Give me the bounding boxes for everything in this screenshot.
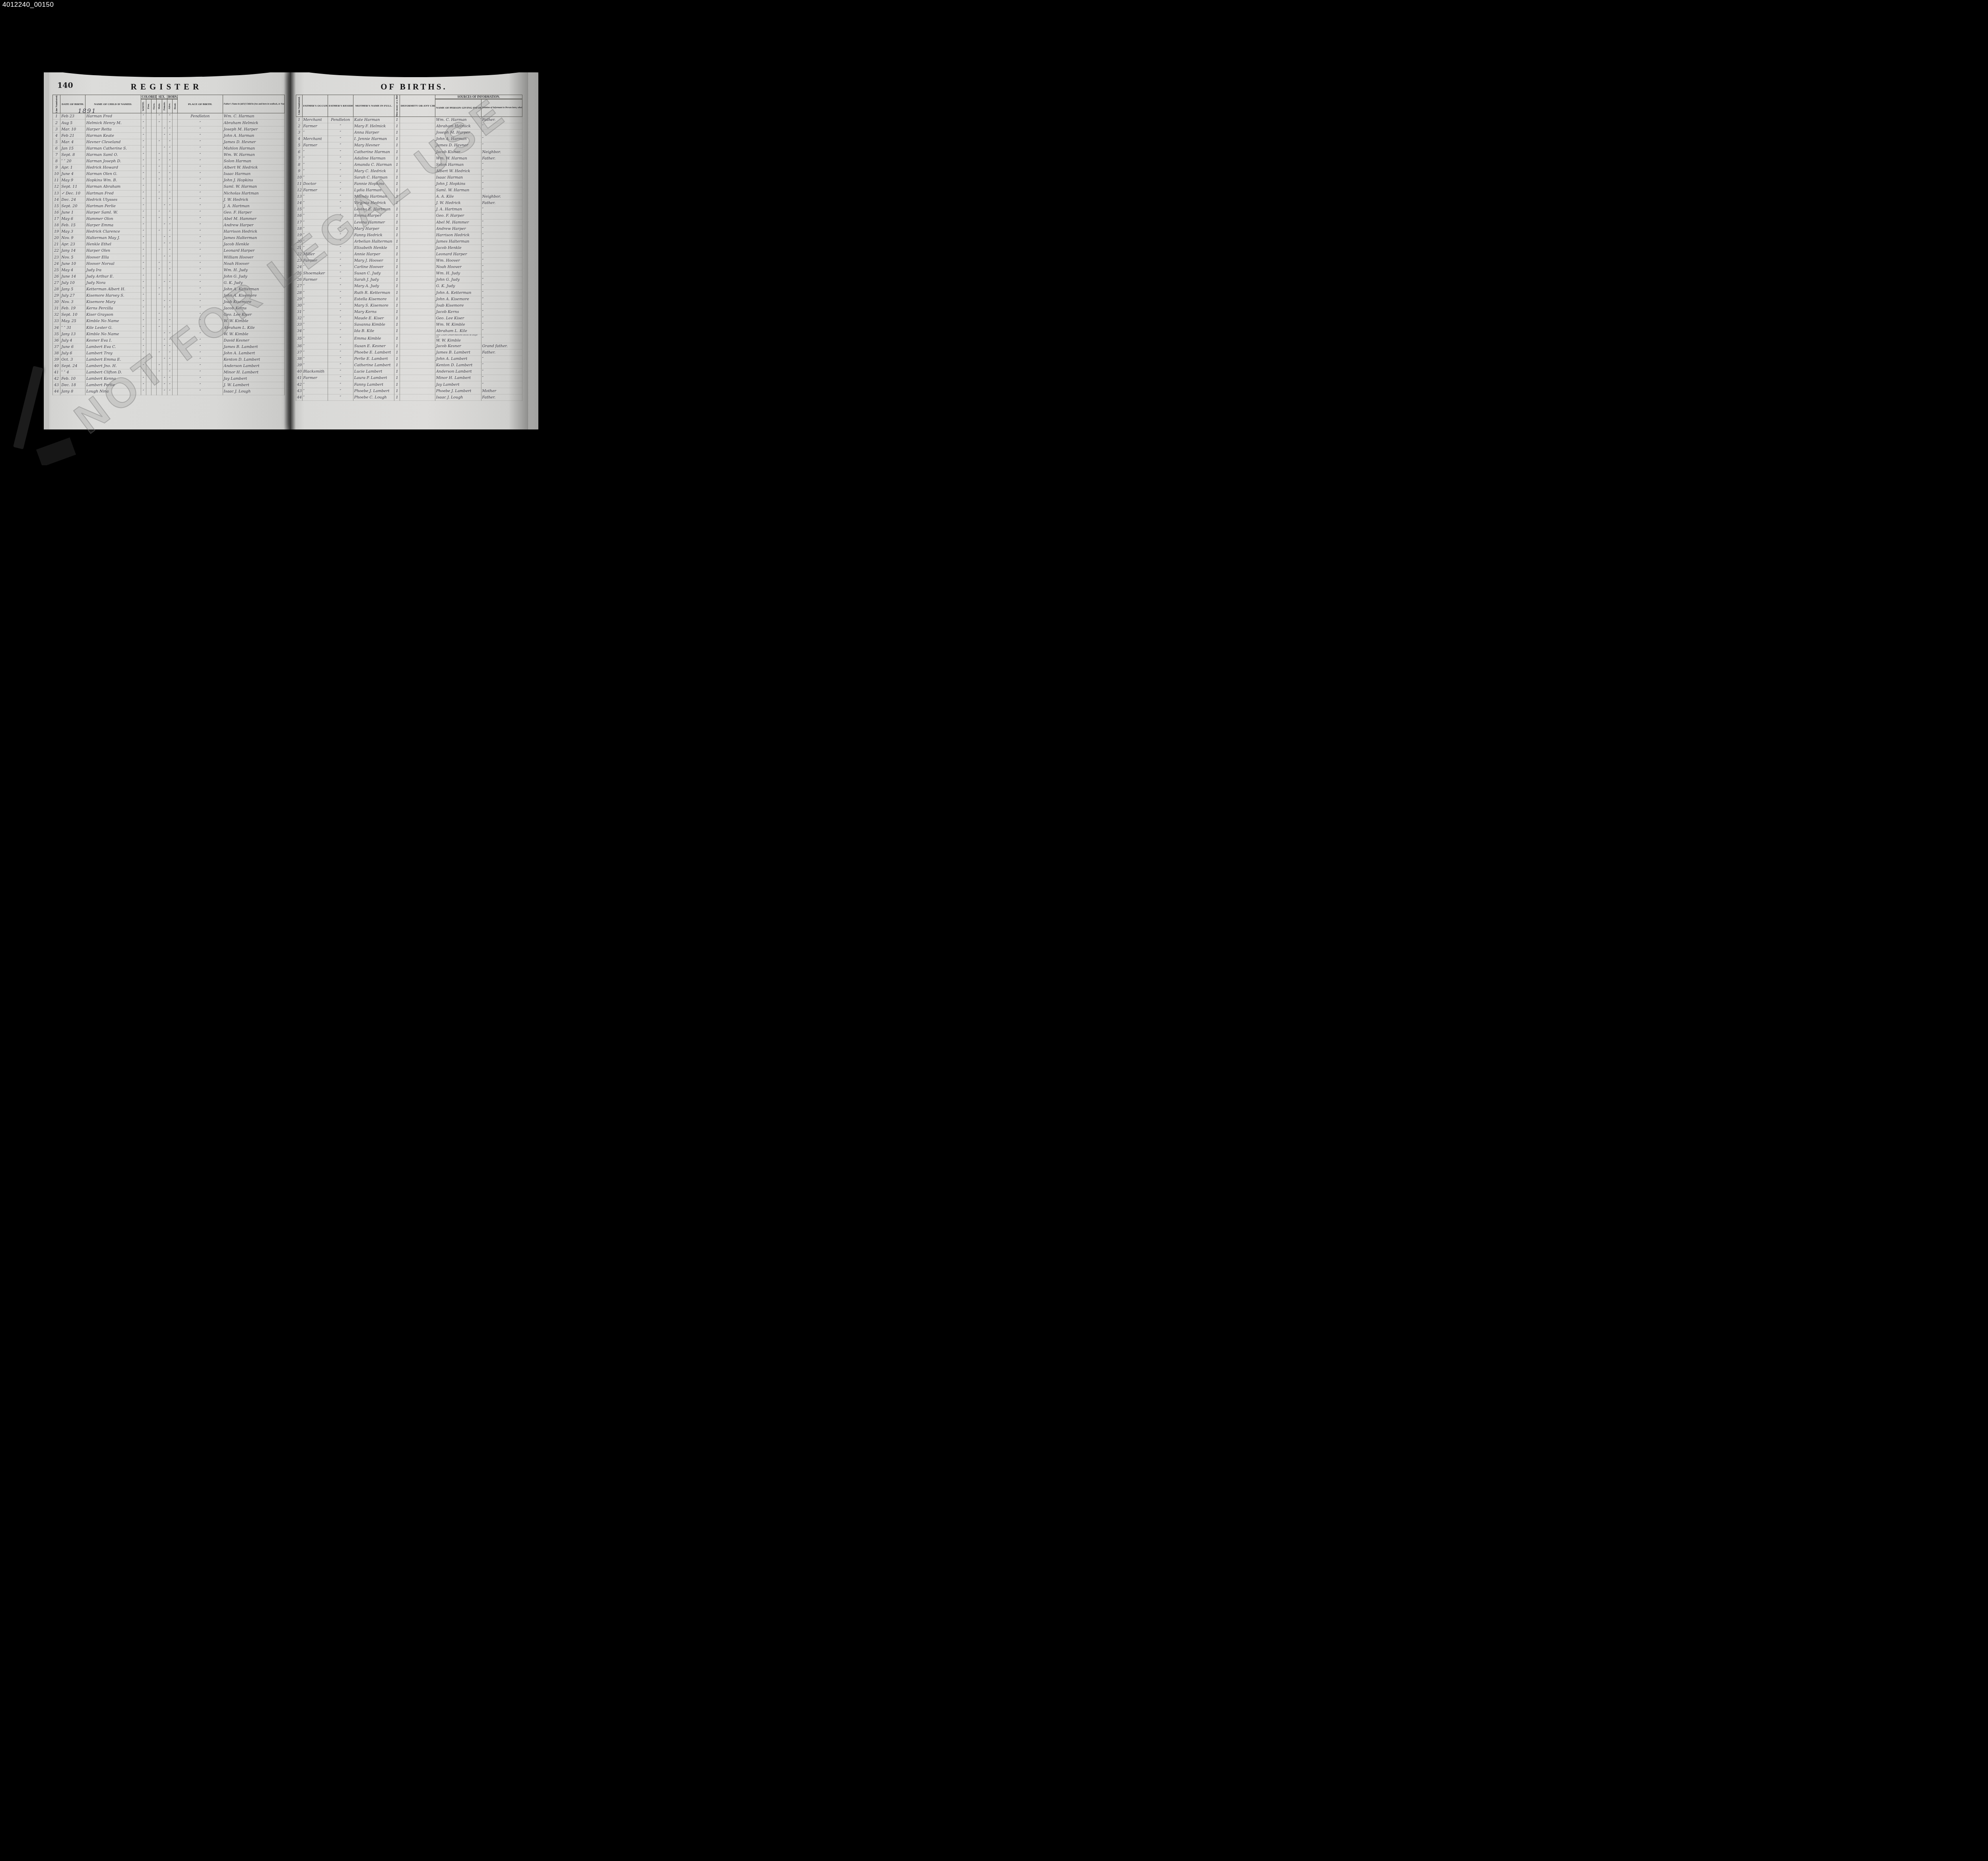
cell-line-number: 37: [296, 350, 303, 356]
cell-informant-relation: ″: [481, 309, 522, 315]
cell-father-residence: ″: [328, 181, 353, 187]
cell-line-number: 37: [53, 344, 60, 350]
cell-deformity: [400, 334, 435, 343]
cell-line-number: 17: [53, 216, 60, 222]
cell-mother-name: Mary Kerns: [353, 309, 394, 315]
cell-births-count: 1: [394, 309, 400, 315]
cell-dead-tick: [173, 229, 178, 235]
cell-child-name: Hedrick Ulysses: [85, 196, 141, 203]
cell-births-count: 1: [394, 181, 400, 187]
cell-free-tick: [146, 120, 151, 126]
cell-place-of-birth: ″: [178, 273, 223, 280]
cell-white-tick: ″: [141, 216, 146, 222]
cell-informant-relation: ″: [481, 375, 522, 381]
cell-informant-relation: ″: [481, 381, 522, 388]
register-row-left: 2 Aug 5 Helmick Henry M. ″ ″ ″ ″ Abraham…: [53, 120, 285, 126]
cell-father-name: John A. Lambert: [223, 350, 284, 356]
cell-informant-name: Saml. W. Harman: [435, 187, 481, 194]
register-row-right: 19 ″ ″ Fanny Hedrick 1 Harrison Hedrick …: [296, 232, 522, 238]
cell-informant-name: Albert W. Hedrick: [435, 168, 481, 174]
cell-free-tick: [146, 318, 151, 324]
cell-alive-tick: ″: [167, 216, 172, 222]
cell-slave-tick: [151, 229, 157, 235]
cell-male-tick: ″: [157, 139, 162, 145]
cell-alive-tick: ″: [167, 299, 172, 305]
cell-place-of-birth: ″: [178, 152, 223, 158]
cell-informant-name: Phoebe J. Lambert: [435, 388, 481, 394]
cell-alive-tick: ″: [167, 324, 172, 331]
cell-mother-name: Mary F. Helmick: [353, 123, 394, 130]
cell-father-residence: ″: [328, 388, 353, 394]
cell-deformity: [400, 232, 435, 238]
cell-place-of-birth: ″: [178, 369, 223, 376]
cell-slave-tick: [151, 293, 157, 299]
register-row-right: 8 ″ ″ Amanda C. Harman 1 Solon Harman ″: [296, 161, 522, 168]
cell-place-of-birth: ″: [178, 190, 223, 196]
cell-slave-tick: [151, 382, 157, 389]
cell-deformity: [400, 258, 435, 264]
cell-child-name: Ketterman Albert H.: [85, 286, 141, 292]
cell-place-of-birth: Pendleton: [178, 113, 223, 120]
cell-father-name: John A. Kisemore: [223, 293, 284, 299]
cell-dead-tick: [173, 145, 178, 152]
register-row-left: 6 Jan 15 Harman Catherine S. ″ ″ ″ ″ Mah…: [53, 145, 285, 152]
cell-alive-tick: ″: [167, 382, 172, 389]
cell-informant-name: Abraham Helmick: [435, 123, 481, 130]
cell-father-name: Jacob Henkle: [223, 241, 284, 248]
cell-place-of-birth: ″: [178, 318, 223, 324]
cell-father-residence: ″: [328, 258, 353, 264]
register-row-left: 44 Jany 8 Lough Nina ″ ″ ″ ″ Isaac J. Lo…: [53, 389, 285, 395]
register-row-left: 9 Apr. 1 Hedrick Howard ″ ″ ″ ″ Albert W…: [53, 165, 285, 171]
cell-child-name: Kerns Percilla: [85, 305, 141, 312]
cell-father-residence: ″: [328, 245, 353, 251]
cell-free-tick: [146, 145, 151, 152]
cell-child-name: Kimble No Name: [85, 318, 141, 324]
cell-informant-relation: ″: [481, 136, 522, 142]
cell-informant-relation: Father.: [481, 155, 522, 161]
cell-mother-name: Fannie Hopkins: [353, 181, 394, 187]
cell-female-tick: [162, 184, 167, 190]
register-row-right: 41 Farmer ″ Laura P. Lambert 1 Minor H. …: [296, 375, 522, 381]
cell-date-of-birth: Feb. 19: [60, 305, 85, 312]
cell-child-name: Harman Olen G.: [85, 171, 141, 177]
header-line-number: Line Numbered.: [53, 95, 60, 113]
cell-child-name: Hevner Cleveland: [85, 139, 141, 145]
cell-dead-tick: [173, 216, 178, 222]
cell-date-of-birth: May 3: [60, 229, 85, 235]
cell-mother-name: Perlie E. Lambert: [353, 356, 394, 362]
cell-informant-name: John A. Lambert: [435, 356, 481, 362]
cell-date-of-birth: Jany 13: [60, 331, 85, 337]
cell-father-residence: ″: [328, 264, 353, 270]
cell-alive-tick: ″: [167, 376, 172, 382]
cell-deformity: [400, 219, 435, 225]
cell-child-name: Hoover Ella: [85, 254, 141, 260]
register-row-right: 29 ″ ″ Estella Kisemore 1 John A. Kisemo…: [296, 296, 522, 302]
cell-slave-tick: [151, 299, 157, 305]
cell-child-name: Harman Keate: [85, 132, 141, 139]
cell-informant-relation: ″: [481, 296, 522, 302]
cell-place-of-birth: ″: [178, 229, 223, 235]
cell-line-number: 11: [296, 181, 303, 187]
cell-alive-tick: ″: [167, 280, 172, 286]
cell-line-number: 43: [296, 388, 303, 394]
cell-free-tick: [146, 337, 151, 344]
cell-alive-tick: ″: [167, 229, 172, 235]
cell-female-tick: [162, 113, 167, 120]
cell-child-name: Lambert Emma E.: [85, 356, 141, 363]
cell-white-tick: ″: [141, 171, 146, 177]
cell-dead-tick: [173, 132, 178, 139]
cell-alive-tick: ″: [167, 126, 172, 132]
cell-slave-tick: [151, 331, 157, 337]
cell-mother-name: Susan E. Kesner: [353, 343, 394, 349]
cell-line-number: 10: [53, 171, 60, 177]
cell-female-tick: ″: [162, 389, 167, 395]
cell-female-tick: ″: [162, 254, 167, 260]
cell-free-tick: [146, 286, 151, 292]
cell-line-number: 7: [296, 155, 303, 161]
cell-date-of-birth: Jany 14: [60, 248, 85, 254]
register-row-left: 38 July 6 Lambert Troy ″ ″ ″ ″ John A. L…: [53, 350, 285, 356]
cell-white-tick: ″: [141, 126, 146, 132]
cell-free-tick: [146, 312, 151, 318]
cell-father-name: Wm. C. Harman: [223, 113, 284, 120]
cell-line-number: 34: [296, 328, 303, 334]
cell-deformity: [400, 168, 435, 174]
cell-mother-name: Virginia Hedrick: [353, 200, 394, 206]
header-place-of-birth: PLACE OF BIRTH.: [178, 95, 223, 113]
register-row-right: 36 ″ ″ Susan E. Kesner 1 Jacob Kesner Gr…: [296, 343, 522, 349]
cell-father-occupation: ″: [302, 362, 328, 369]
cell-slave-tick: [151, 209, 157, 216]
register-row-left: 42 Feb. 10 Lambert Kenna ″ ″ ″ ″ Jay Lam…: [53, 376, 285, 382]
cell-informant-name: Anderson Lambert: [435, 369, 481, 375]
cell-male-tick: ″: [157, 350, 162, 356]
cell-male-tick: ″: [157, 273, 162, 280]
cell-alive-tick: ″: [167, 203, 172, 209]
cell-father-residence: Pendleton: [328, 117, 353, 123]
cell-births-count: 1: [394, 155, 400, 161]
cell-informant-name: Kenton D. Lambert: [435, 362, 481, 369]
cell-place-of-birth: ″: [178, 184, 223, 190]
cell-father-occupation: ″: [302, 328, 328, 334]
register-row-right: 7 ″ ″ Adaline Harman 1 Wm. W. Harman Fat…: [296, 155, 522, 161]
cell-dead-tick: [173, 152, 178, 158]
cell-deformity: [400, 322, 435, 328]
cell-births-count: 1: [394, 258, 400, 264]
cell-deformity: [400, 394, 435, 400]
cell-alive-tick: ″: [167, 113, 172, 120]
cell-deformity: [400, 264, 435, 270]
cell-mother-name: Ida B. Kile: [353, 328, 394, 334]
cell-informant-name: G. K. Judy: [435, 283, 481, 289]
cell-slave-tick: [151, 222, 157, 228]
cell-informant-name: See Court Order-Record Book M Page 24W. …: [435, 334, 481, 343]
cell-white-tick: ″: [141, 241, 146, 248]
cell-female-tick: [162, 267, 167, 273]
cell-line-number: 21: [53, 241, 60, 248]
cell-deformity: [400, 136, 435, 142]
cell-free-tick: [146, 344, 151, 350]
cell-line-number: 12: [296, 187, 303, 194]
cell-place-of-birth: ″: [178, 376, 223, 382]
cell-slave-tick: [151, 389, 157, 395]
register-row-right: 13 ″ ″ Milinda Hartman 1 A. A. Kile Neig…: [296, 194, 522, 200]
cell-male-tick: [157, 331, 162, 337]
cell-father-occupation: Miller: [302, 251, 328, 257]
cell-births-count: 1: [394, 369, 400, 375]
cell-white-tick: ″: [141, 203, 146, 209]
cell-male-tick: [157, 145, 162, 152]
register-row-right: 26 Farmer ″ Sarah J. Judy 1 John G. Judy…: [296, 277, 522, 283]
cell-white-tick: ″: [141, 324, 146, 331]
cell-alive-tick: ″: [167, 184, 172, 190]
cell-free-tick: [146, 280, 151, 286]
cell-father-occupation: ″: [302, 350, 328, 356]
cell-father-occupation: ″: [302, 322, 328, 328]
cell-male-tick: ″: [157, 165, 162, 171]
cell-line-number: 15: [53, 203, 60, 209]
cell-births-count: 1: [394, 277, 400, 283]
cell-mother-name: Lydia Harman: [353, 187, 394, 194]
cell-dead-tick: [173, 286, 178, 292]
register-row-right: 6 ″ ″ Catherine Harman 1 Jacob Kisner Ne…: [296, 149, 522, 155]
cell-place-of-birth: ″: [178, 331, 223, 337]
cell-father-occupation: Merchant: [302, 117, 328, 123]
cell-male-tick: [157, 305, 162, 312]
cell-informant-name: J. W. Hedrick: [435, 200, 481, 206]
cell-line-number: 40: [53, 363, 60, 369]
cell-free-tick: [146, 389, 151, 395]
cell-dead-tick: [173, 248, 178, 254]
cell-father-name: W. W. Kimble: [223, 331, 284, 337]
cell-date-of-birth: Apr. 1: [60, 165, 85, 171]
cell-child-name: Harper Olen: [85, 248, 141, 254]
cell-date-of-birth: July 27: [60, 293, 85, 299]
cell-free-tick: [146, 235, 151, 241]
cell-child-name: Henkle Ethel: [85, 241, 141, 248]
cell-female-tick: [162, 177, 167, 184]
cell-father-occupation: ″: [302, 264, 328, 270]
cell-free-tick: [146, 132, 151, 139]
cell-births-count: 1: [394, 270, 400, 277]
cell-births-count: 1: [394, 136, 400, 142]
cell-child-name: Harper Emma: [85, 222, 141, 228]
cell-alive-tick: ″: [167, 337, 172, 344]
cell-slave-tick: [151, 356, 157, 363]
cell-births-count: 1: [394, 142, 400, 149]
cell-mother-name: Carline Hoover: [353, 264, 394, 270]
cell-white-tick: ″: [141, 280, 146, 286]
cell-informant-name: Wm. W. Kimble: [435, 322, 481, 328]
cell-child-name: Judy Ira: [85, 267, 141, 273]
cell-informant-name: Isaac J. Lough: [435, 394, 481, 400]
cell-mother-name: Emma Harper: [353, 213, 394, 219]
court-order-note: See Court Order-Record Book M Page 24: [436, 334, 480, 338]
cell-free-tick: [146, 177, 151, 184]
cell-slave-tick: [151, 337, 157, 344]
microfilm-photo: 4012240_00150 NOT FOR LEGAL USE 140 REGI…: [0, 0, 578, 465]
register-row-right: 3 ″ ″ Anna Harper 1 Joseph M. Harper ″: [296, 130, 522, 136]
cell-mother-name: Anna Harper: [353, 130, 394, 136]
header-informant-name: NAME OF PERSON GIVING INFORMATION OF BIR…: [435, 99, 481, 117]
register-row-left: 3 Mar. 10 Harper Retta ″ ″ ″ ″ Joseph M.…: [53, 126, 285, 132]
cell-white-tick: ″: [141, 331, 146, 337]
cell-child-name: Kisemore Mary: [85, 299, 141, 305]
cell-father-name: Jacob Kerns: [223, 305, 284, 312]
cell-mother-name: Annie Harper: [353, 251, 394, 257]
cell-father-name: Isaac J. Lough: [223, 389, 284, 395]
cell-date-of-birth: Sept. 24: [60, 363, 85, 369]
cell-slave-tick: [151, 196, 157, 203]
cell-white-tick: ″: [141, 318, 146, 324]
cell-slave-tick: [151, 113, 157, 120]
cell-place-of-birth: ″: [178, 132, 223, 139]
cell-father-name: Anderson Lambert: [223, 363, 284, 369]
register-row-right: 33 ″ ″ Savanna Kimble 1 Wm. W. Kimble ″: [296, 322, 522, 328]
cell-place-of-birth: ″: [178, 350, 223, 356]
cell-mother-name: Mary Hevner: [353, 142, 394, 149]
cell-informant-relation: ″: [481, 161, 522, 168]
cell-female-tick: ″: [162, 305, 167, 312]
cell-father-name: William Hoover: [223, 254, 284, 260]
cell-alive-tick: ″: [167, 350, 172, 356]
cell-line-number: 10: [296, 174, 303, 181]
cell-free-tick: [146, 248, 151, 254]
register-row-left: 21 Apr. 23 Henkle Ethel ″ ″ ″ ″ Jacob He…: [53, 241, 285, 248]
cell-date-of-birth: Mar. 4: [60, 139, 85, 145]
cell-deformity: [400, 181, 435, 187]
cell-informant-name: Abraham L. Kile: [435, 328, 481, 334]
cell-male-tick: ″: [157, 267, 162, 273]
cell-date-of-birth: Sept. 11: [60, 184, 85, 190]
cell-date-of-birth: June 14: [60, 273, 85, 280]
cell-mother-name: Phoebe C. Lough: [353, 394, 394, 400]
cell-father-occupation: ″: [302, 356, 328, 362]
cell-mother-name: Milinda Hartman: [353, 194, 394, 200]
cell-white-tick: ″: [141, 350, 146, 356]
cell-place-of-birth: ″: [178, 363, 223, 369]
register-row-right: 31 ″ ″ Mary Kerns 1 Jacob Kerns ″: [296, 309, 522, 315]
cell-slave-tick: [151, 318, 157, 324]
cell-father-occupation: ″: [302, 174, 328, 181]
left-page: 140 REGISTER 1891 Line Numbered. DATE OF…: [44, 72, 289, 429]
cell-births-count: 1: [394, 296, 400, 302]
cell-informant-relation: ″: [481, 232, 522, 238]
cell-slave-tick: [151, 280, 157, 286]
cell-place-of-birth: ″: [178, 267, 223, 273]
cell-mother-name: Catherine Lambert: [353, 362, 394, 369]
cell-white-tick: ″: [141, 299, 146, 305]
cell-line-number: 6: [53, 145, 60, 152]
cell-mother-name: Emma Kimble: [353, 334, 394, 343]
cell-slave-tick: [151, 267, 157, 273]
cell-date-of-birth: Nov. 5: [60, 254, 85, 260]
cell-line-number: 18: [296, 225, 303, 232]
cell-father-name: Mahlon Harman: [223, 145, 284, 152]
cell-father-residence: ″: [328, 238, 353, 245]
book-gutter-shadow: [284, 72, 296, 429]
cell-father-residence: ″: [328, 136, 353, 142]
cell-dead-tick: [173, 235, 178, 241]
cell-free-tick: [146, 216, 151, 222]
cell-date-of-birth: May 6: [60, 216, 85, 222]
cell-father-residence: ″: [328, 213, 353, 219]
cell-line-number: 38: [53, 350, 60, 356]
cell-line-number: 4: [53, 132, 60, 139]
cell-informant-name: Abel M. Hammer: [435, 219, 481, 225]
cell-births-count: 1: [394, 388, 400, 394]
cell-alive-tick: ″: [167, 152, 172, 158]
cell-informant-relation: ″: [481, 130, 522, 136]
cell-free-tick: [146, 299, 151, 305]
cell-informant-relation: ″: [481, 245, 522, 251]
cell-line-number: 38: [296, 356, 303, 362]
cell-alive-tick: ″: [167, 273, 172, 280]
cell-informant-relation: ″: [481, 264, 522, 270]
register-row-right: 14 ″ ″ Virginia Hedrick 1 J. W. Hedrick …: [296, 200, 522, 206]
cell-white-tick: ″: [141, 344, 146, 350]
right-page: OF BIRTHS. Line Numbered. FATHER'S OCCUP…: [289, 72, 538, 429]
cell-line-number: 42: [296, 381, 303, 388]
cell-alive-tick: ″: [167, 363, 172, 369]
cell-slave-tick: [151, 132, 157, 139]
cell-deformity: [400, 375, 435, 381]
register-row-left: 25 May 4 Judy Ira ″ ″ ″ ″ Wm. H. Judy: [53, 267, 285, 273]
cell-white-tick: ″: [141, 196, 146, 203]
cell-place-of-birth: ″: [178, 235, 223, 241]
cell-free-tick: [146, 363, 151, 369]
register-row-left: 27 July 10 Judy Nora ″ ″ ″ ″ G. K. Judy: [53, 280, 285, 286]
cell-births-count: 1: [394, 174, 400, 181]
cell-male-tick: [157, 337, 162, 344]
cell-line-number: 19: [296, 232, 303, 238]
cell-line-number: 25: [296, 270, 303, 277]
cell-free-tick: [146, 203, 151, 209]
cell-father-occupation: ″: [302, 309, 328, 315]
register-row-left: 12 Sept. 11 Harman Abraham ″ ″ ″ ″ Saml.…: [53, 184, 285, 190]
cell-slave-tick: [151, 165, 157, 171]
cell-date-of-birth: June 6: [60, 344, 85, 350]
cell-free-tick: [146, 382, 151, 389]
cell-dead-tick: [173, 331, 178, 337]
cell-father-occupation: ″: [302, 394, 328, 400]
cell-mother-name: Fanny Lambert: [353, 381, 394, 388]
cell-deformity: [400, 238, 435, 245]
cell-dead-tick: [173, 299, 178, 305]
register-row-left: 43 Dec. 18 Lambert Perlie ″ ″ ″ ″ J. W. …: [53, 382, 285, 389]
cell-free-tick: [146, 369, 151, 376]
cell-father-occupation: ″: [302, 334, 328, 343]
cell-births-count: 1: [394, 238, 400, 245]
cell-male-tick: ″: [157, 209, 162, 216]
cell-white-tick: ″: [141, 145, 146, 152]
register-row-left: 30 Nov. 3 Kisemore Mary ″ ″ ″ ″ Joab Kis…: [53, 299, 285, 305]
cell-line-number: 28: [53, 286, 60, 292]
cell-deformity: [400, 388, 435, 394]
cell-place-of-birth: ″: [178, 305, 223, 312]
cell-slave-tick: [151, 248, 157, 254]
register-row-right: 9 ″ ″ Mary C. Hedrick 1 Albert W. Hedric…: [296, 168, 522, 174]
cell-free-tick: [146, 273, 151, 280]
cell-female-tick: ″: [162, 299, 167, 305]
cell-male-tick: ″: [157, 171, 162, 177]
cell-female-tick: [162, 273, 167, 280]
cell-dead-tick: [173, 344, 178, 350]
cell-dead-tick: [173, 280, 178, 286]
